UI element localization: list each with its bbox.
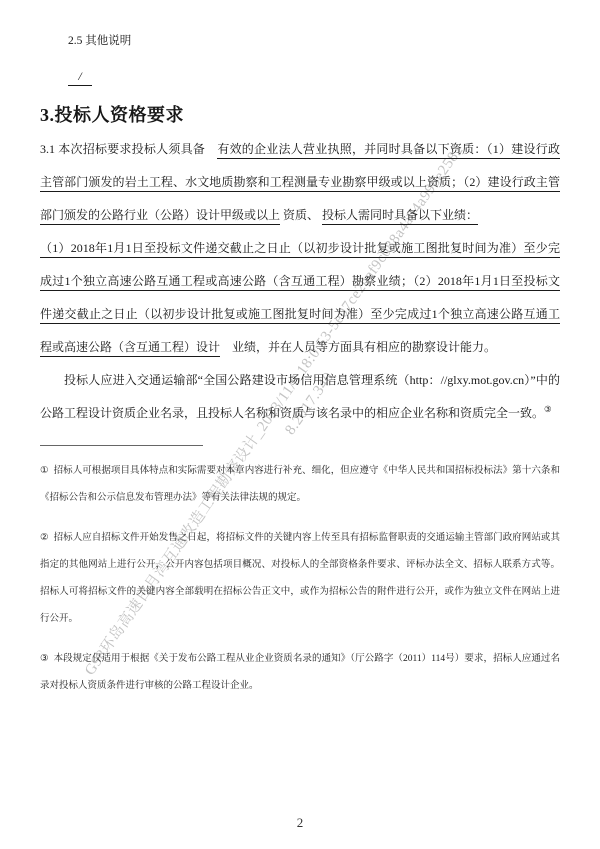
- p31-underlined-performance-intro: 投标人需同时具备以下业绩：: [322, 208, 478, 225]
- page-content: 2.5 其他说明 / 3.投标人资格要求 3.1 本次招标要求投标人须具备 有效…: [40, 0, 560, 713]
- document-page: G98环岛高速日月湾互通改造工程勘察设计_2023/11/8 18:0:53-5…: [0, 0, 600, 849]
- paragraph-credit-system: 投标人应进入交通运输部“全国公路建设市场信用信息管理系统（http：//glxy…: [40, 364, 560, 430]
- credit-system-text: 投标人应进入交通运输部“全国公路建设市场信用信息管理系统（http：//glxy…: [40, 373, 560, 420]
- footnote-1-text: 招标人可根据项目具体特点和实际需要对本章内容进行补充、细化，但应遵守《中华人民共…: [40, 466, 560, 503]
- footnotes-block: ①招标人可根据项目具体特点和实际需要对本章内容进行补充、细化，但应遵守《中华人民…: [40, 458, 560, 700]
- footnote-2-marker: ②: [40, 533, 54, 543]
- footnote-3: ③本段规定仅适用于根据《关于发布公路工程从业企业资质名录的通知》（厅公路字（20…: [40, 646, 560, 700]
- footnote-2: ②招标人应自招标文件开始发售之日起，将招标文件的关键内容上传至具有招标监督职责的…: [40, 525, 560, 633]
- paragraph-performance-requirements: （1）2018年1月1日至投标文件递交截止之日止（以初步设计批复或施工图批复时间…: [40, 232, 560, 364]
- paragraph-3-1: 3.1 本次招标要求投标人须具备 有效的企业法人营业执照，并同时具备以下资质：（…: [40, 133, 560, 232]
- section-3-heading: 3.投标人资格要求: [40, 103, 560, 127]
- p31-lead-text: 3.1 本次招标要求投标人须具备: [40, 142, 217, 156]
- footnote-3-marker: ③: [40, 654, 54, 664]
- filled-blank-row: /: [68, 69, 560, 86]
- body-text: 3.1 本次招标要求投标人须具备 有效的企业法人营业执照，并同时具备以下资质：（…: [40, 133, 560, 430]
- footnote-3-text: 本段规定仅适用于根据《关于发布公路工程从业企业资质名录的通知》（厅公路字（201…: [40, 654, 560, 691]
- footnote-separator-line: [40, 445, 203, 446]
- footnote-reference-3: ③: [544, 404, 552, 414]
- footnote-1: ①招标人可根据项目具体特点和实际需要对本章内容进行补充、细化，但应遵守《中华人民…: [40, 458, 560, 512]
- section-2-5-label: 2.5 其他说明: [68, 34, 560, 49]
- performance-tail-text: 业绩，并在人员等方面具有相应的勘察设计能力。: [220, 340, 496, 354]
- p31-mid-text: 资质、: [280, 208, 322, 222]
- page-number: 2: [0, 815, 600, 831]
- filled-blank-value: /: [68, 69, 92, 86]
- footnote-2-text: 招标人应自招标文件开始发售之日起，将招标文件的关键内容上传至具有招标监督职责的交…: [40, 533, 560, 624]
- footnote-1-marker: ①: [40, 466, 54, 476]
